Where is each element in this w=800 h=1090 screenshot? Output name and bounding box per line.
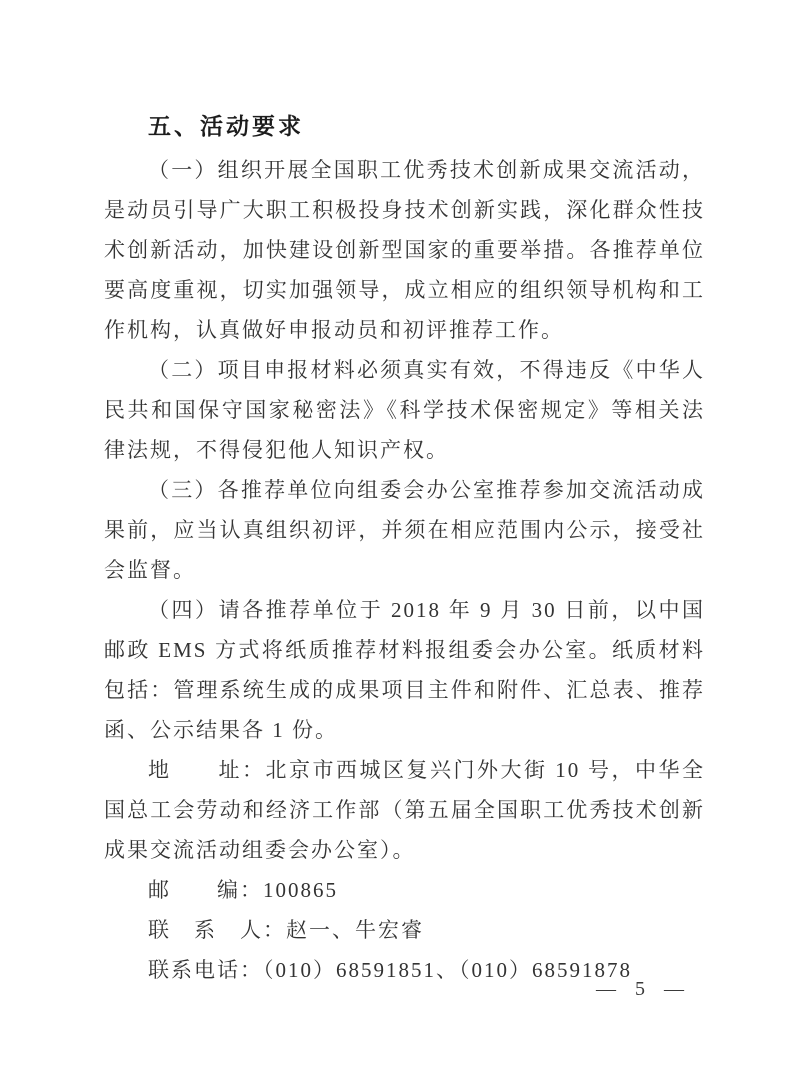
- contact-postcode: 邮 编：100865: [104, 870, 705, 910]
- document-page: 五、活动要求 （一）组织开展全国职工优秀技术创新成果交流活动，是动员引导广大职工…: [0, 0, 800, 1090]
- page-number: — 5 —: [596, 978, 686, 1001]
- contact-person: 联 系 人：赵一、牛宏睿: [104, 910, 705, 950]
- contact-address: 地 址：北京市西城区复兴门外大街 10 号，中华全国总工会劳动和经济工作部（第五…: [104, 750, 705, 870]
- requirement-item-4: （四）请各推荐单位于 2018 年 9 月 30 日前，以中国邮政 EMS 方式…: [104, 590, 705, 750]
- requirement-item-2: （二）项目申报材料必须真实有效，不得违反《中华人民共和国保守国家秘密法》《科学技…: [104, 350, 705, 470]
- requirement-item-1: （一）组织开展全国职工优秀技术创新成果交流活动，是动员引导广大职工积极投身技术创…: [104, 150, 705, 350]
- section-heading: 五、活动要求: [104, 103, 705, 150]
- requirement-item-3: （三）各推荐单位向组委会办公室推荐参加交流活动成果前，应当认真组织初评，并须在相…: [104, 470, 705, 590]
- document-body: 五、活动要求 （一）组织开展全国职工优秀技术创新成果交流活动，是动员引导广大职工…: [104, 103, 705, 990]
